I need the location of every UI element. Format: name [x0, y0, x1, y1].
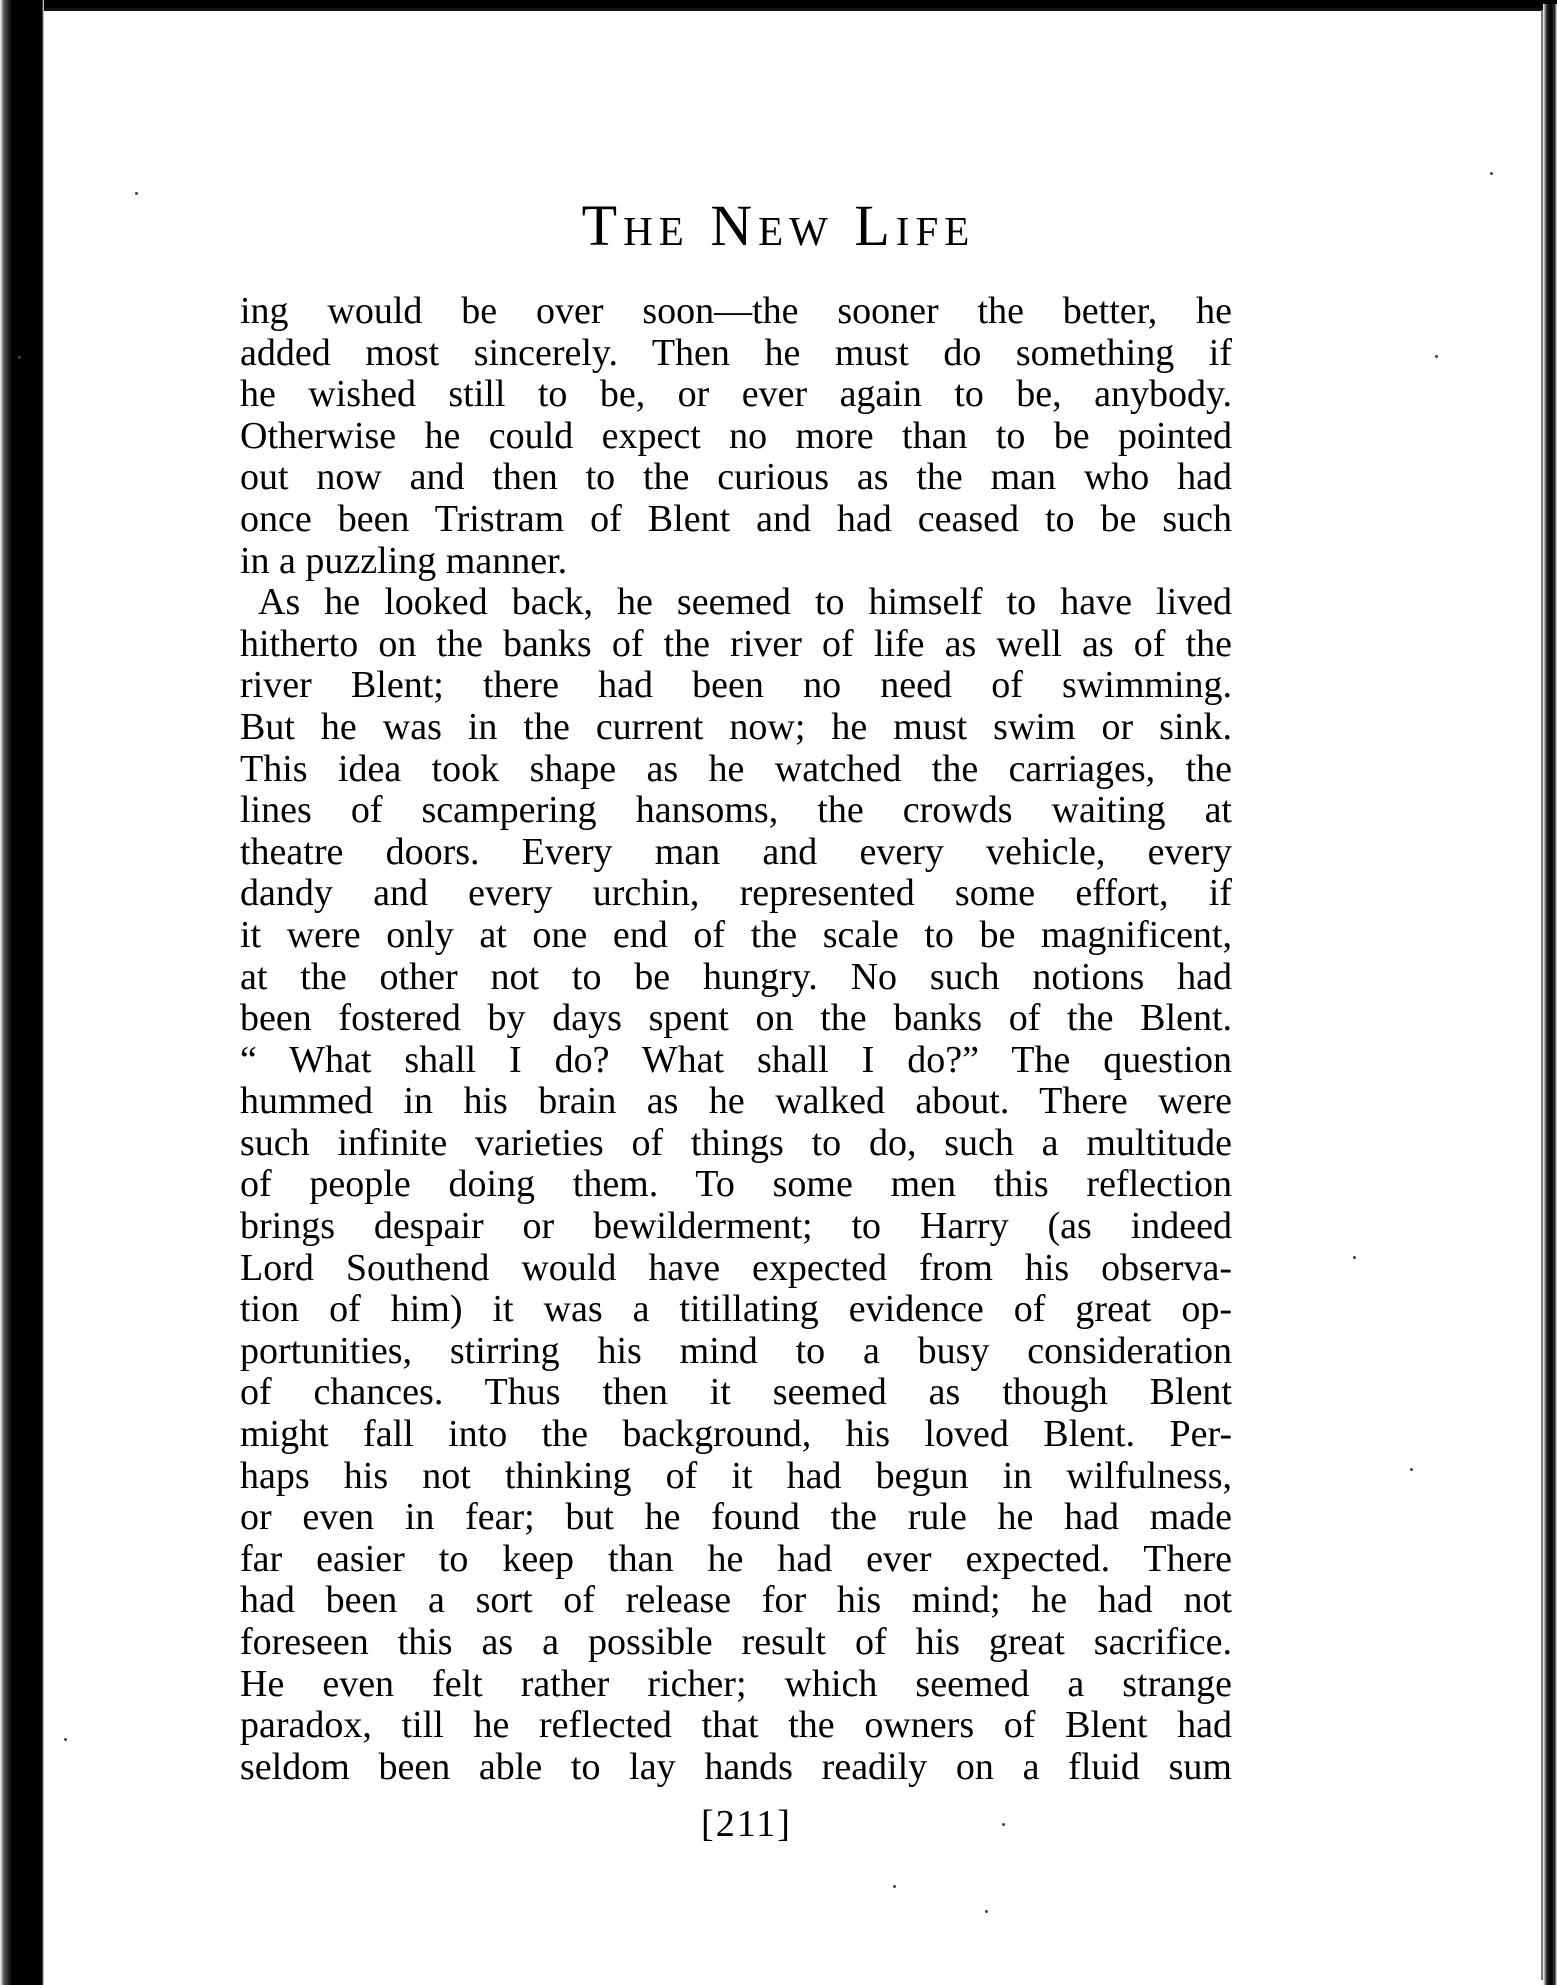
scan-speck — [1410, 1468, 1413, 1471]
text-line: hitherto on the banks of the river of li… — [240, 624, 1232, 666]
scan-speck — [135, 192, 138, 195]
text-line: been fostered by days spent on the banks… — [240, 998, 1232, 1040]
text-line: foreseen this as a possible result of hi… — [240, 1622, 1232, 1664]
scanned-book-page: The New Life ing would be over soon—the … — [0, 0, 1557, 1985]
text-line: ing would be over soon—the sooner the be… — [240, 291, 1232, 333]
text-line: of people doing them. To some men this r… — [240, 1164, 1232, 1206]
text-line: “ What shall I do? What shall I do?” The… — [240, 1040, 1232, 1082]
text-line: hummed in his brain as he walked about. … — [240, 1081, 1232, 1123]
text-line: tion of him) it was a titillating eviden… — [240, 1289, 1232, 1331]
text-line: portunities, stirring his mind to a busy… — [240, 1331, 1232, 1373]
text-line: out now and then to the curious as the m… — [240, 457, 1232, 499]
text-line: or even in fear; but he found the rule h… — [240, 1497, 1232, 1539]
text-line: might fall into the background, his love… — [240, 1414, 1232, 1456]
scan-speck — [1353, 1256, 1356, 1259]
text-line: But he was in the current now; he must s… — [240, 707, 1232, 749]
text-line: he wished still to be, or ever again to … — [240, 374, 1232, 416]
scan-right-edge — [1543, 4, 1557, 1985]
text-line: once been Tristram of Blent and had ceas… — [240, 499, 1232, 541]
body-text: ing would be over soon—the sooner the be… — [240, 291, 1232, 1788]
scan-speck — [1490, 172, 1493, 175]
text-line: dandy and every urchin, represented some… — [240, 873, 1232, 915]
text-line: theatre doors. Every man and every vehic… — [240, 832, 1232, 874]
text-line: paradox, till he reflected that the owne… — [240, 1705, 1232, 1747]
scan-speck — [1002, 1823, 1005, 1826]
scan-speck — [893, 1885, 896, 1888]
scan-speck — [18, 356, 21, 359]
text-line: This idea took shape as he watched the c… — [240, 749, 1232, 791]
text-line: lines of scampering hansoms, the crowds … — [240, 790, 1232, 832]
text-line: in a puzzling manner. — [240, 541, 1232, 583]
text-line: brings despair or bewilderment; to Harry… — [240, 1206, 1232, 1248]
text-line: river Blent; there had been no need of s… — [240, 665, 1232, 707]
text-line: Lord Southend would have expected from h… — [240, 1248, 1232, 1290]
scan-top-edge-shadow — [40, 8, 1545, 11]
scan-speck — [64, 1738, 67, 1741]
text-line: far easier to keep than he had ever expe… — [240, 1539, 1232, 1581]
scan-speck — [1435, 355, 1438, 358]
text-line: haps his not thinking of it had begun in… — [240, 1456, 1232, 1498]
text-line: such infinite varieties of things to do,… — [240, 1123, 1232, 1165]
text-line: Otherwise he could expect no more than t… — [240, 416, 1232, 458]
text-line: of chances. Thus then it seemed as thoug… — [240, 1372, 1232, 1414]
text-line: had been a sort of release for his mind;… — [240, 1580, 1232, 1622]
scan-top-edge — [14, 0, 1557, 8]
text-line: at the other not to be hungry. No such n… — [240, 957, 1232, 999]
text-line: As he looked back, he seemed to himself … — [240, 582, 1232, 624]
page-number: [211] — [0, 1800, 1493, 1848]
text-line: seldom been able to lay hands readily on… — [240, 1747, 1232, 1789]
scan-speck — [985, 1910, 988, 1913]
text-line: He even felt rather richer; which seemed… — [240, 1664, 1232, 1706]
text-line: it were only at one end of the scale to … — [240, 915, 1232, 957]
scan-left-edge — [0, 0, 44, 1985]
text-line: added most sincerely. Then he must do so… — [240, 333, 1232, 375]
running-head: The New Life — [0, 194, 1557, 258]
scan-right-edge-shadow — [1541, 10, 1543, 1980]
